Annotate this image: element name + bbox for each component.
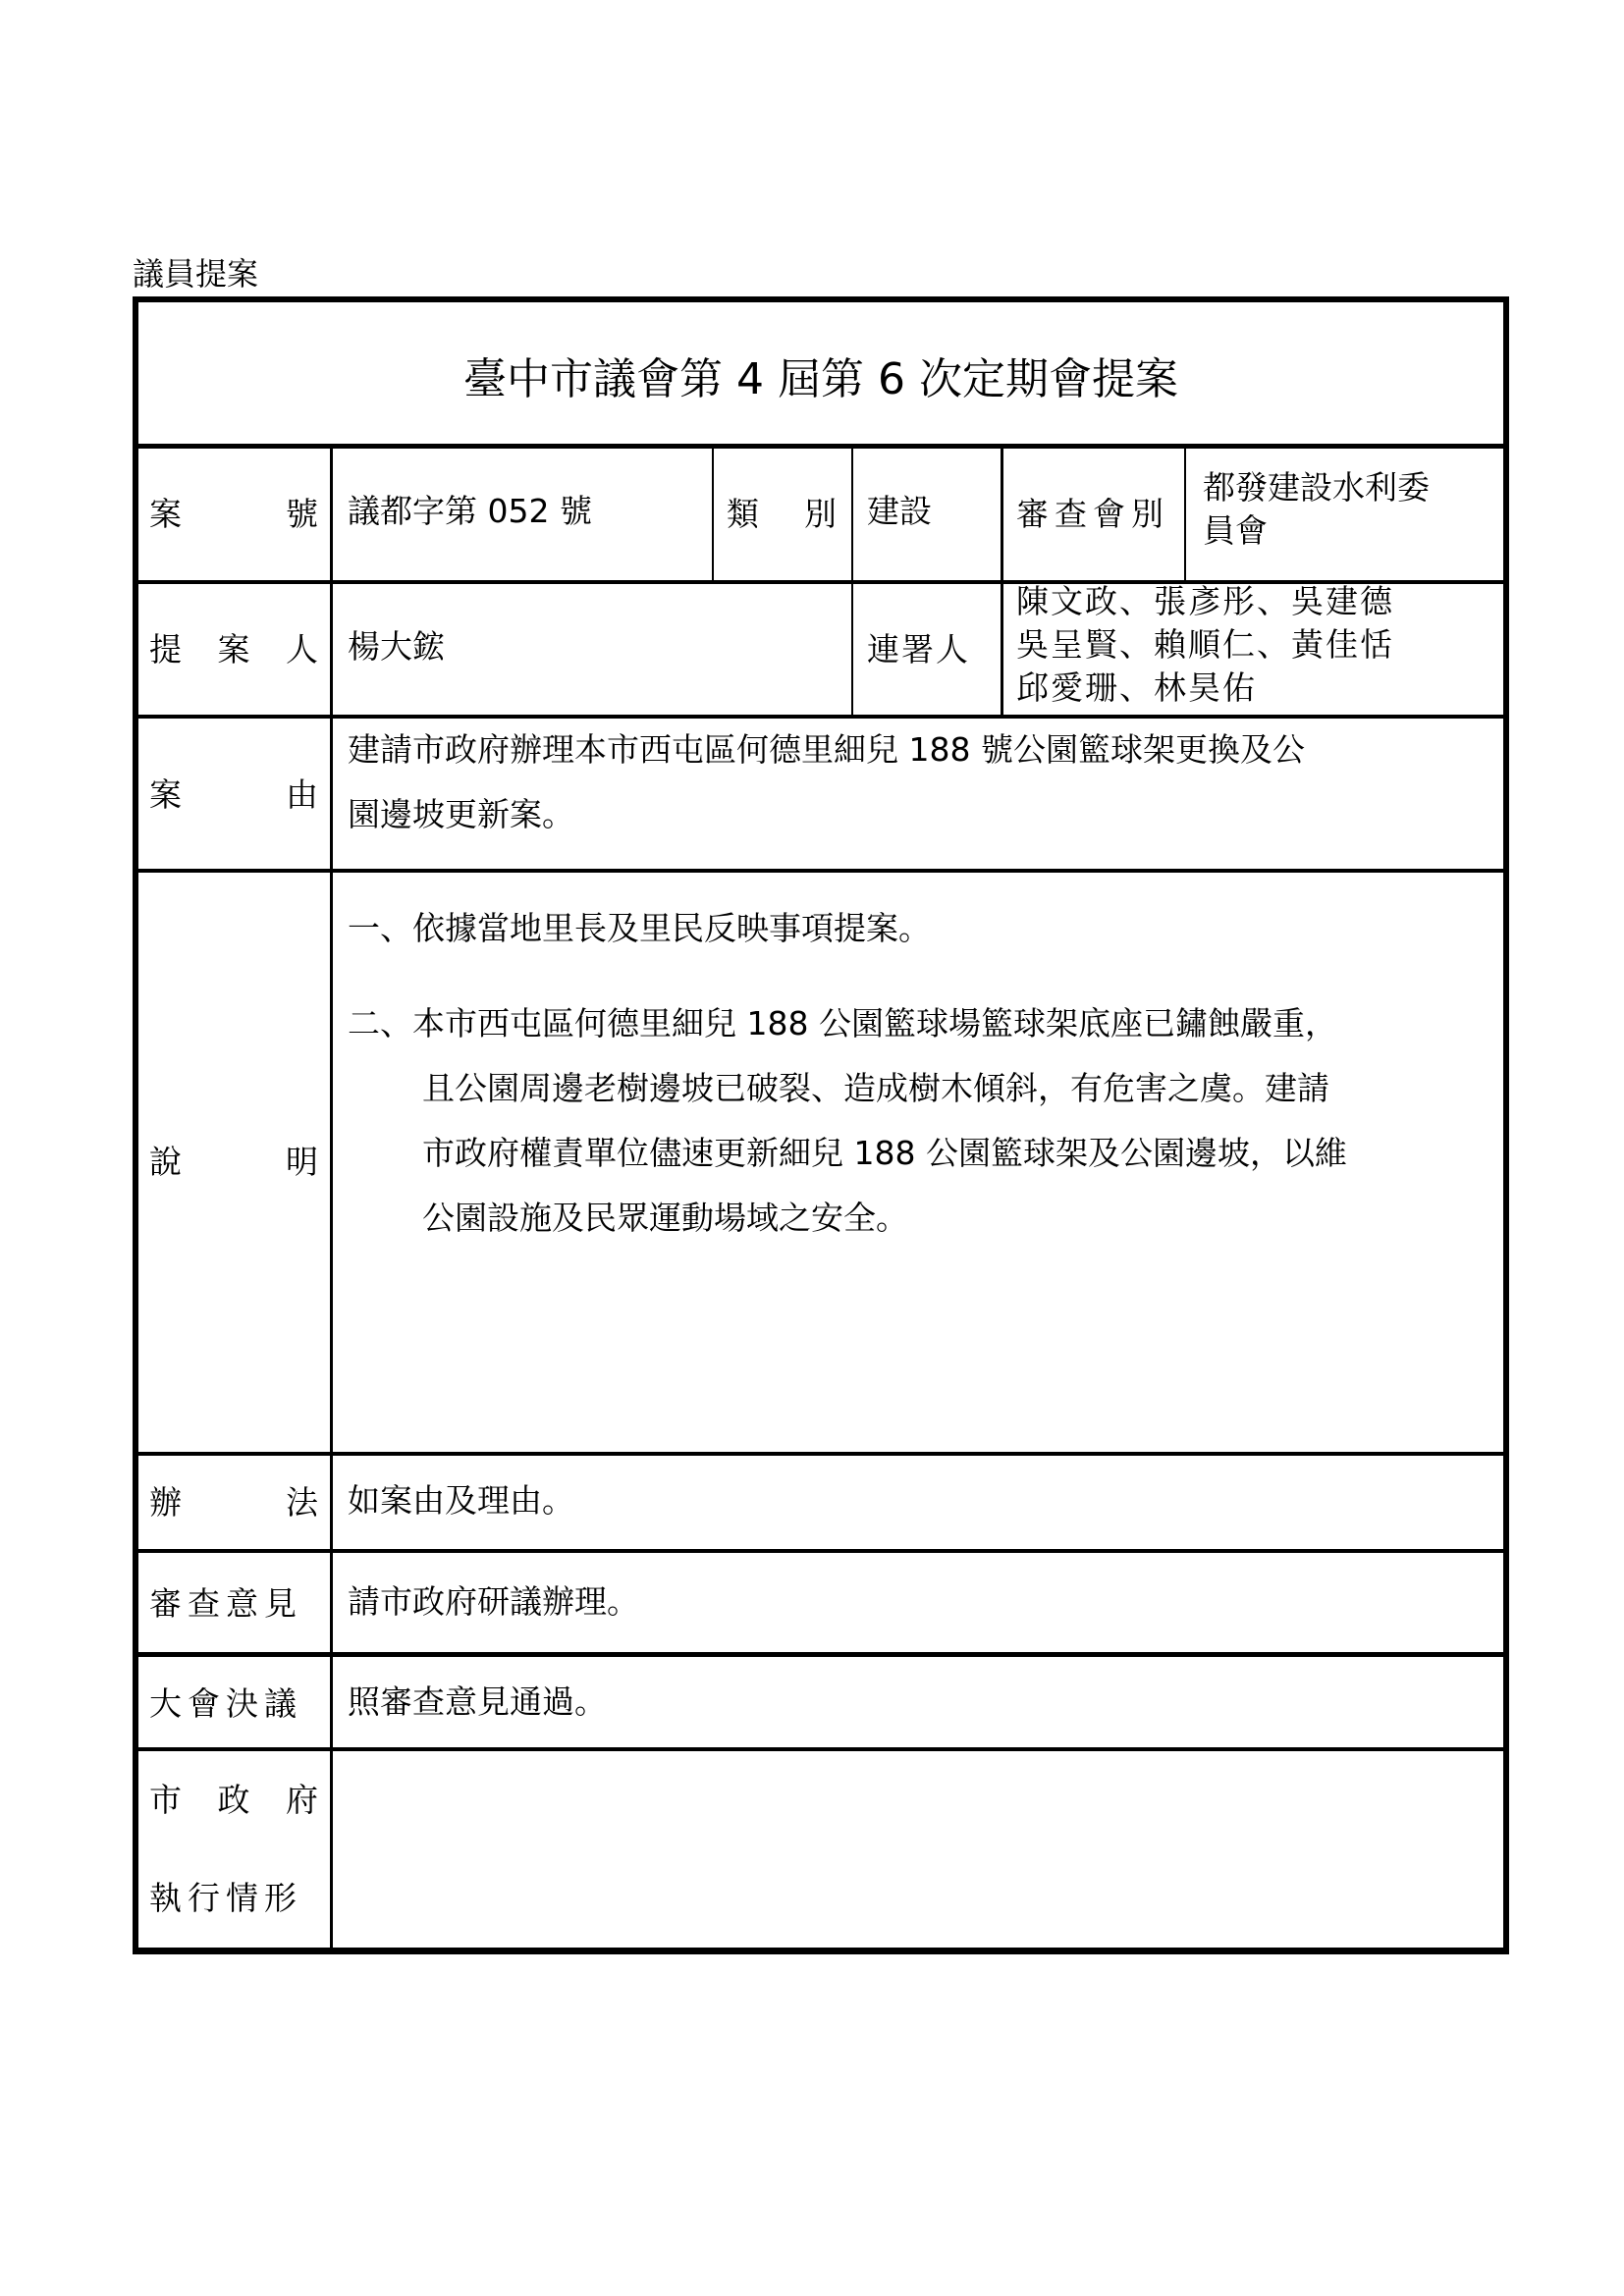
cosigners-label: 連署人	[867, 630, 970, 669]
explanation-item-2-cont: 公園設施及民眾運動場域之安全。	[422, 1186, 908, 1251]
label-char: 號	[286, 498, 318, 530]
resolution-label: 大會決議	[149, 1684, 302, 1724]
document-label: 議員提案	[133, 249, 258, 294]
proposer-value: 楊大鋐	[348, 627, 445, 667]
subject-line: 園邊坡更新案。	[348, 795, 574, 834]
review-committee-value-line1: 都發建設水利委	[1203, 468, 1430, 507]
label-column-divider	[330, 447, 333, 1950]
label-char: 市	[149, 1784, 182, 1816]
item-marker: 一、	[348, 909, 412, 947]
row-divider	[133, 1652, 1509, 1657]
row-divider	[133, 1747, 1509, 1751]
item-text: 本市西屯區何德里細兒 188 公園籃球場籃球架底座已鏽蝕嚴重，	[412, 1004, 1337, 1042]
cosigners-line: 邱愛珊、林昊佑	[1016, 668, 1257, 708]
label-char: 法	[286, 1486, 318, 1519]
table-border-right	[1503, 296, 1509, 1954]
label-char: 明	[286, 1146, 318, 1178]
column-divider	[1001, 447, 1003, 717]
column-divider	[1184, 447, 1186, 582]
label-char: 案	[149, 778, 182, 811]
subject-line: 建請市政府辦理本市西屯區何德里細兒 188 號公園籃球架更換及公	[348, 730, 1305, 770]
column-divider	[851, 447, 853, 717]
explanation-item-2-cont: 市政府權責單位儘速更新細兒 188 公園籃球架及公園邊坡，以維	[422, 1121, 1347, 1186]
label-char: 辦	[149, 1486, 182, 1519]
label-char: 案	[149, 498, 182, 530]
review-opinion-value: 請市政府研議辦理。	[348, 1582, 639, 1622]
table-border-bottom	[133, 1948, 1509, 1954]
label-char: 別	[804, 498, 837, 530]
explanation-item-2-cont: 且公園周邊老樹邊坡已破裂、造成樹木傾斜，有危害之虞。建請	[422, 1056, 1329, 1121]
review-opinion-label: 審查意見	[149, 1584, 302, 1624]
table-border-left	[133, 296, 138, 1954]
form-title: 臺中市議會第 4 屆第 6 次定期會提案	[138, 302, 1503, 447]
explanation-item-1: 一、依據當地里長及里民反映事項提案。	[348, 896, 931, 961]
label-char: 提	[149, 633, 182, 666]
label-char: 人	[286, 633, 318, 666]
label-char: 類	[727, 498, 759, 530]
label-char: 由	[286, 778, 318, 811]
row-divider	[133, 1549, 1509, 1553]
label-char: 府	[286, 1784, 318, 1816]
item-text: 依據當地里長及里民反映事項提案。	[412, 909, 931, 947]
cosigners-line: 陳文政、張彥彤、吳建德	[1016, 582, 1394, 621]
method-value: 如案由及理由。	[348, 1481, 574, 1521]
method-label: 辦法	[149, 1486, 318, 1519]
category-value: 建設	[867, 492, 932, 531]
label-char: 政	[218, 1784, 250, 1816]
label-char: 案	[218, 633, 250, 666]
review-committee-label: 審查會別	[1016, 495, 1169, 534]
column-divider	[712, 447, 714, 582]
case-number-label: 案號	[149, 498, 318, 530]
item-marker: 二、	[348, 1004, 412, 1042]
category-label: 類別	[727, 498, 837, 530]
resolution-value: 照審查意見通過。	[348, 1682, 607, 1722]
execution-label-line1: 市政府	[149, 1784, 318, 1816]
execution-label-line2: 執行情形	[149, 1879, 302, 1918]
row-divider	[133, 869, 1509, 873]
proposer-label: 提案人	[149, 633, 318, 666]
explanation-item-2: 二、本市西屯區何德里細兒 188 公園籃球場籃球架底座已鏽蝕嚴重，	[348, 991, 1337, 1056]
row-divider	[133, 1452, 1509, 1456]
explanation-label: 說明	[149, 1146, 318, 1178]
case-number-value: 議都字第 052 號	[348, 492, 592, 531]
label-char: 說	[149, 1146, 182, 1178]
cosigners-line: 吳呈賢、賴順仁、黃佳恬	[1016, 625, 1394, 665]
row-divider	[133, 715, 1509, 719]
subject-label: 案由	[149, 778, 318, 811]
review-committee-value-line2: 員會	[1203, 511, 1268, 551]
